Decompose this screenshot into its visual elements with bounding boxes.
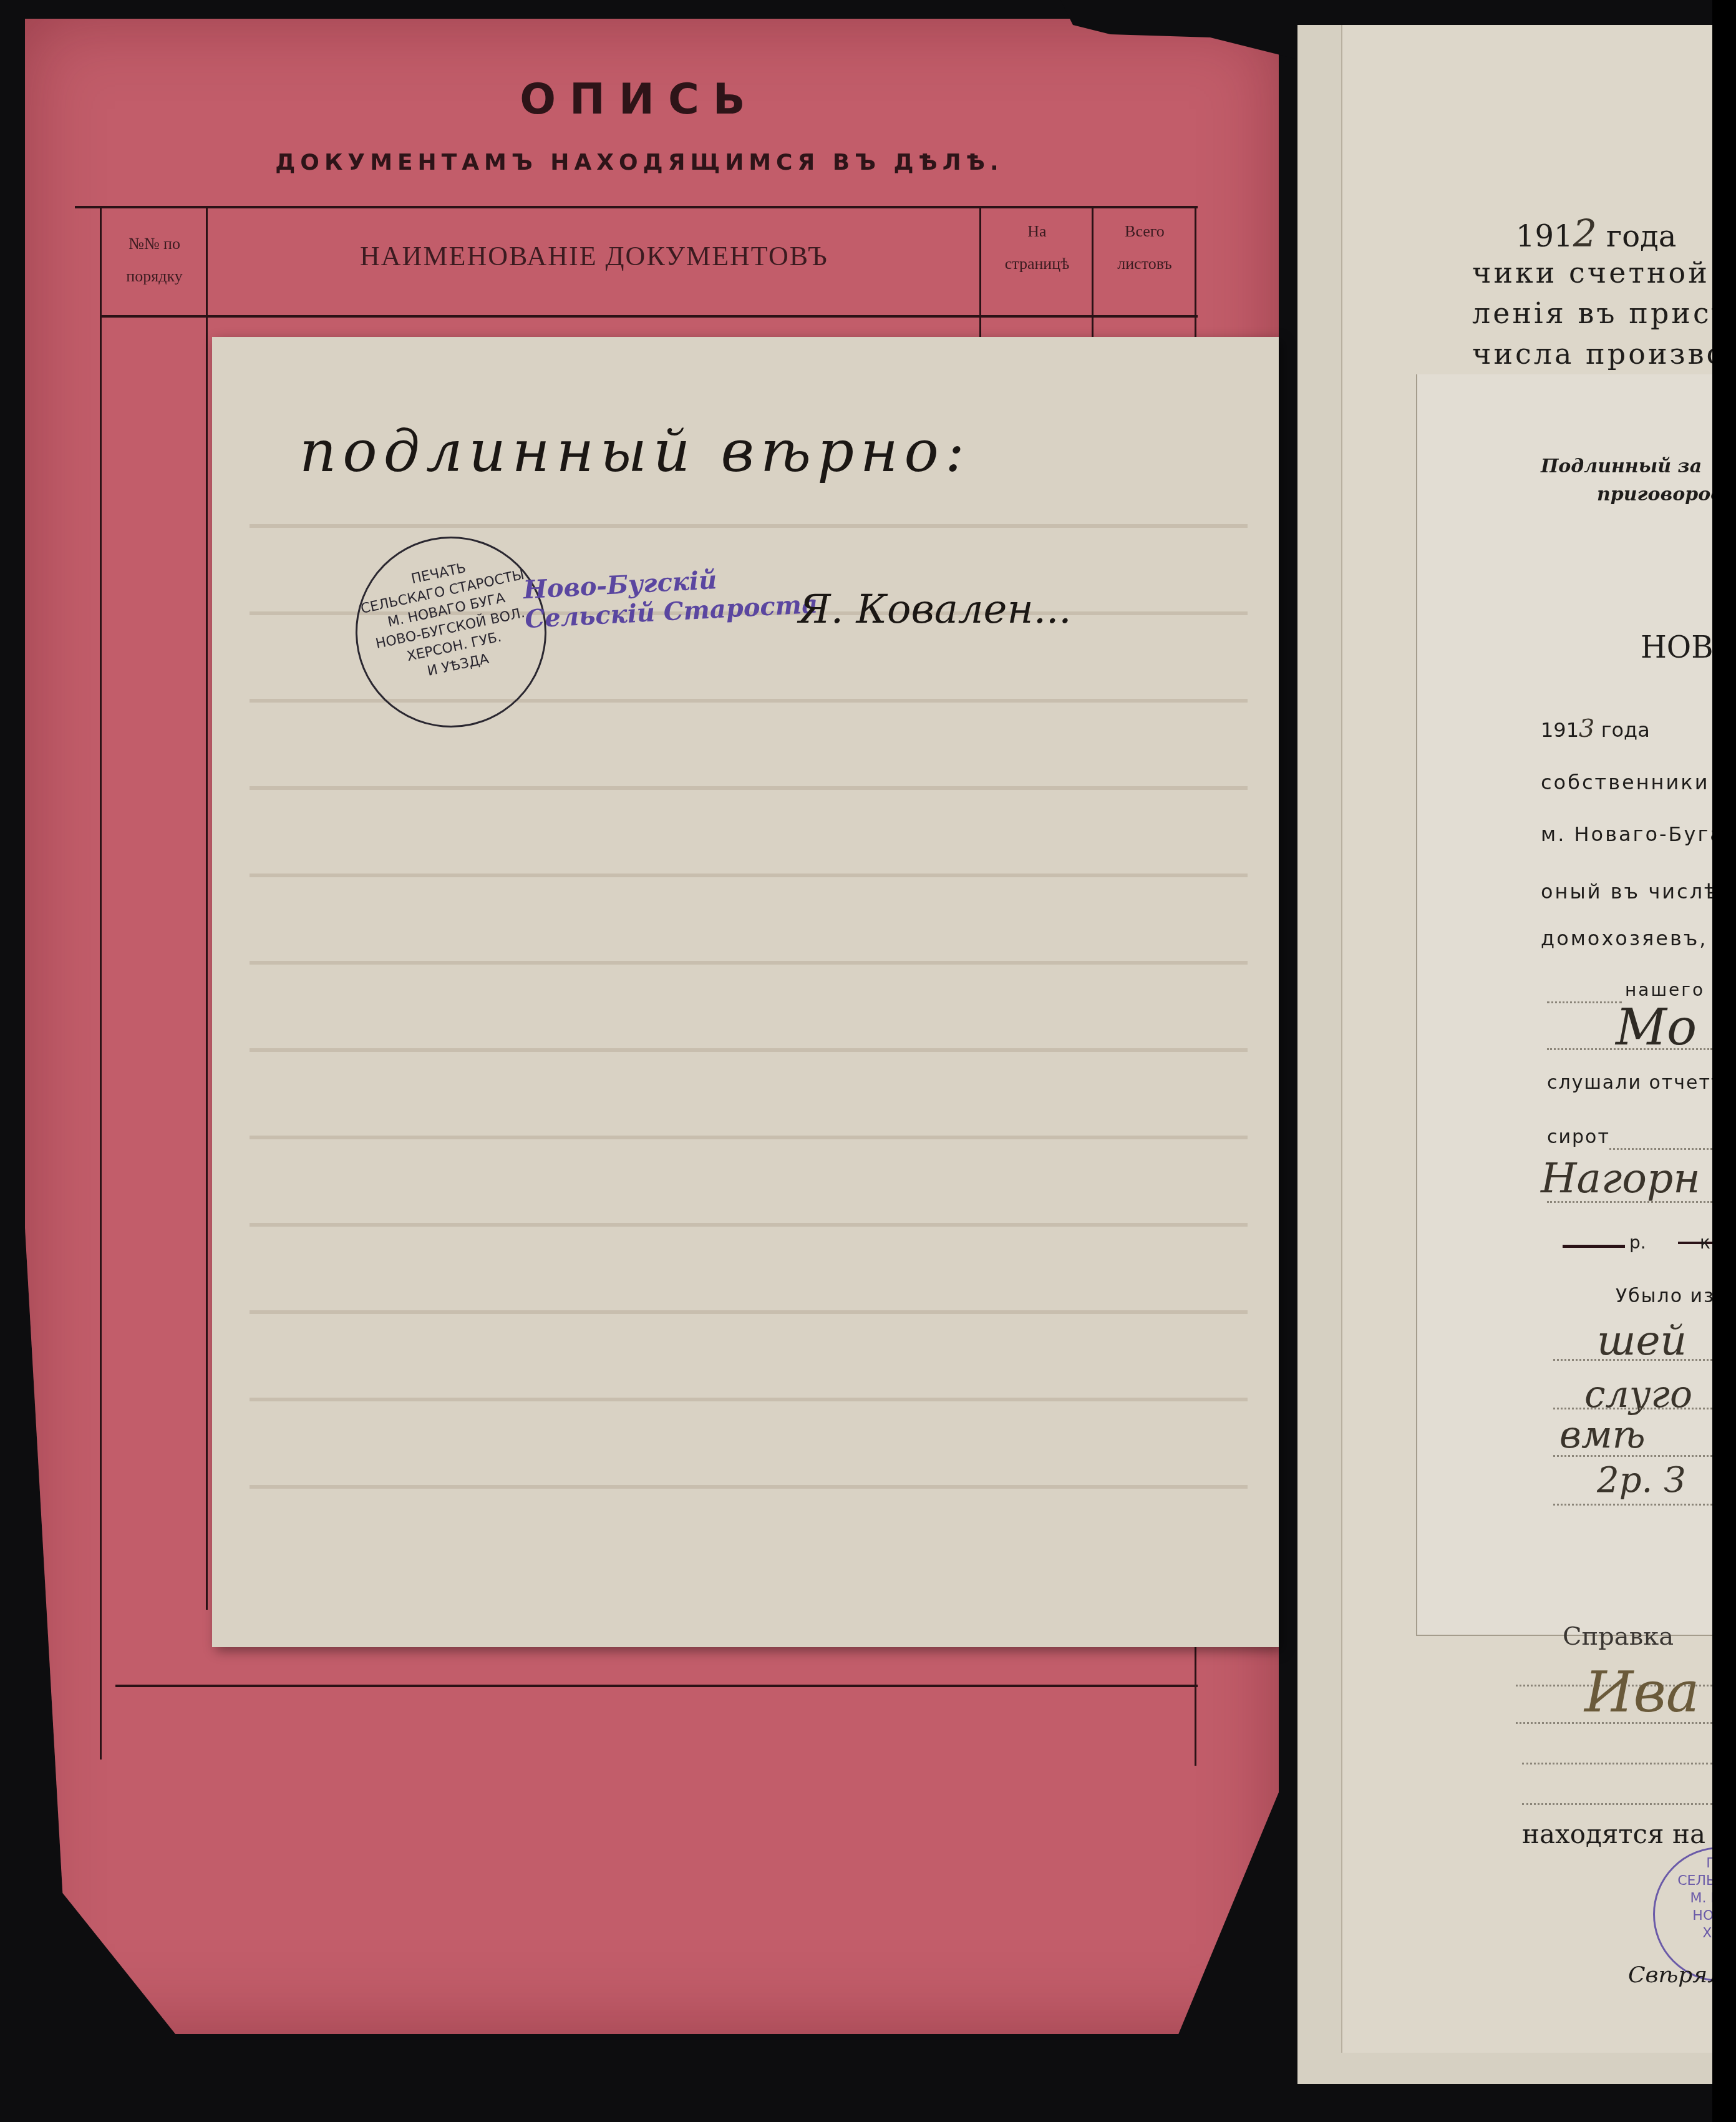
year-suffix: года: [1606, 219, 1676, 254]
column-header-page-line2: страницѣ: [982, 248, 1092, 280]
front-line-orphans: сирот: [1547, 1126, 1610, 1148]
front-year: 1913 года: [1541, 714, 1650, 743]
faint-line: [250, 1485, 1248, 1489]
fill-line: [1547, 1048, 1712, 1050]
column-header-sheets: Всего листовъ: [1095, 215, 1195, 280]
fill-line: [1522, 1763, 1712, 1764]
front-line: собственники Х: [1541, 771, 1734, 794]
year-handwritten: 3: [1579, 714, 1594, 743]
fill-line: [1547, 1001, 1622, 1003]
front-line: оный въ числѣ: [1541, 880, 1720, 903]
front-line-listened: слушали отчетъ: [1547, 1072, 1725, 1094]
faint-line: [250, 1136, 1248, 1139]
folder-title: ОПИСЬ: [0, 75, 1279, 124]
back-sheet-line: числа производи: [1472, 337, 1736, 371]
table-outer-left: [100, 206, 102, 1759]
column-header-page-line1: На: [982, 215, 1092, 248]
fill-line: [1522, 1803, 1712, 1805]
faint-line: [250, 1398, 1248, 1401]
table-col1-divider: [206, 206, 208, 1610]
faint-line: [250, 961, 1248, 965]
table-bottom-rule: [115, 1685, 1198, 1687]
column-header-sheets-line1: Всего: [1095, 215, 1195, 248]
handwritten-note: подлинный вѣрно: ПЕЧАТЬ СЕЛЬСКАГО СТАРОС…: [212, 337, 1279, 1647]
column-header-number-line2: порядку: [103, 260, 206, 293]
front-line: домохозяевъ, и: [1541, 927, 1731, 950]
handwritten-entry: 2р. З: [1597, 1460, 1685, 1501]
faint-line: [250, 1048, 1248, 1052]
column-header-documents: НАИМЕНОВАНІЕ ДОКУМЕНТОВЪ: [209, 240, 979, 272]
year-prefix: 191: [1516, 219, 1573, 254]
lower-spravka: Справка: [1563, 1622, 1674, 1651]
fill-line: [1547, 1201, 1712, 1203]
handwritten-entry: шей: [1597, 1317, 1687, 1365]
handwritten-entry: слуго: [1584, 1373, 1692, 1416]
table-header-rule: [100, 315, 1198, 318]
back-sheet-line: чики счетной ко: [1472, 256, 1736, 290]
handwritten-entry: Нагорн: [1541, 1154, 1700, 1202]
column-header-number: №№ по порядку: [103, 228, 206, 293]
note-header-handwriting: подлинный вѣрно:: [299, 418, 971, 485]
column-header-page: На страницѣ: [982, 215, 1092, 280]
elder-signature: Я. Ковален...: [798, 586, 1072, 633]
handwritten-entry: вмѣ: [1559, 1413, 1646, 1457]
faint-line: [250, 1310, 1248, 1314]
back-sheet-line: ленія въ присут: [1472, 296, 1736, 330]
rubles-label: р.: [1629, 1232, 1646, 1253]
front-line-loss: Убыло из: [1616, 1285, 1715, 1307]
front-header-italic: Подлинный за: [1541, 455, 1702, 477]
faint-line: [250, 524, 1248, 528]
back-sheet-year: 1912 года: [1516, 212, 1676, 256]
front-header-italic-2: приговоров: [1597, 484, 1723, 505]
year-handwritten: 2: [1573, 212, 1597, 256]
folder-subtitle: ДОКУМЕНТАМЪ НАХОДЯЩИМСЯ ВЪ ДѢЛѢ.: [0, 150, 1279, 175]
faint-line: [250, 874, 1248, 877]
fill-line: [1516, 1722, 1712, 1724]
column-header-sheets-line2: листовъ: [1095, 248, 1195, 280]
fill-line: [1553, 1408, 1712, 1409]
faint-line: [250, 786, 1248, 790]
fill-line: [1609, 1148, 1712, 1150]
fill-line: [1553, 1455, 1712, 1457]
year-prefix: 191: [1541, 718, 1579, 742]
year-suffix: года: [1601, 718, 1650, 742]
scan-border: [1712, 0, 1736, 2122]
table-top-rule: [75, 206, 1198, 208]
handwritten-entry: Ива: [1584, 1660, 1700, 1725]
violet-title-stamp: Ново-Бугскій Сельскій Староста: [523, 560, 818, 634]
front-line: нашего: [1625, 980, 1705, 1000]
dash-entry: [1563, 1245, 1625, 1248]
fill-line: [1553, 1359, 1712, 1361]
column-header-number-line1: №№ по: [103, 228, 206, 260]
lower-located: находятся на: [1522, 1819, 1705, 1849]
front-line: м. Новаго-Буга: [1541, 822, 1724, 846]
faint-line: [250, 1223, 1248, 1227]
fill-line: [1553, 1504, 1712, 1506]
kopecks-label: к: [1700, 1232, 1710, 1253]
